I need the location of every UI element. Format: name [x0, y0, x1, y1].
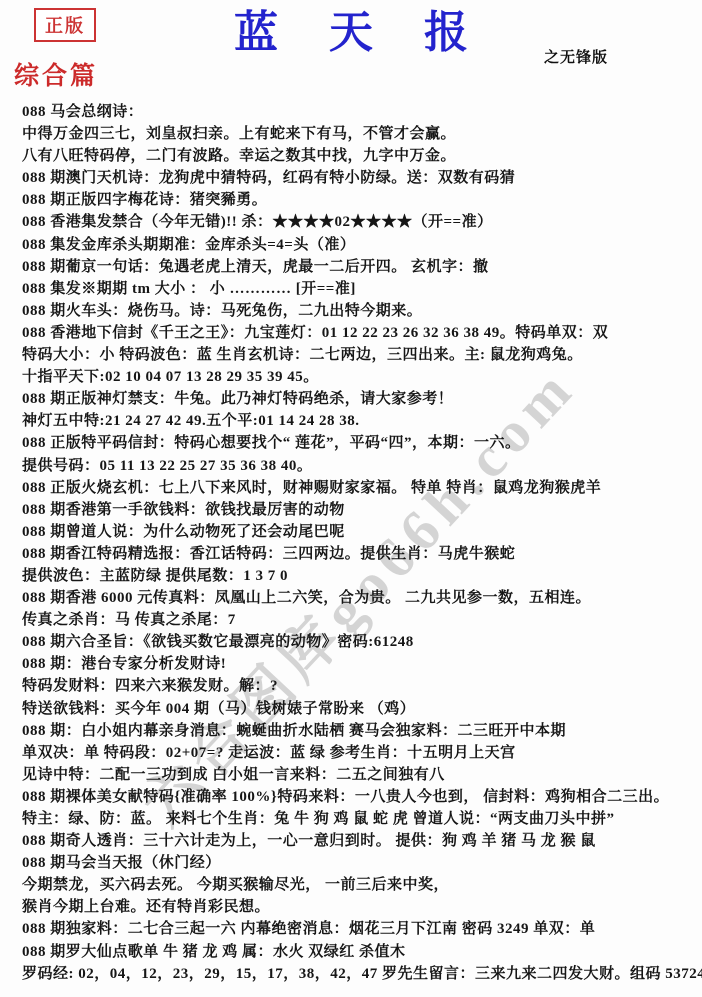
report-line: 神灯五中特:21 24 27 42 49.五个平:01 14 24 28 38.: [22, 410, 700, 432]
report-line: 见诗中特：二配一三功到成 白小姐一言来料：二五之间独有八: [22, 764, 700, 786]
report-line: 猴肖今期上台难。还有特肖彩民想。: [22, 896, 700, 918]
report-line: 088 期正版四字梅花诗：猪突豨勇。: [22, 189, 700, 211]
report-line: 提供号码：05 11 13 22 25 27 35 36 38 40。: [22, 455, 700, 477]
report-line: 088 期香港 6000 元传真料：凤凰山上二六笑，合为贵。 二九共见参一数，五…: [22, 587, 700, 609]
report-line: 088 期：港台专家分析发财诗!: [22, 653, 700, 675]
report-line: 八有八旺特码停，二门有波路。幸运之数其中找，九字中万金。: [22, 145, 700, 167]
report-line: 今期禁龙，买六码去死。 今期买猴输尽光， 一前三后来中奖，: [22, 874, 700, 896]
report-line: 特送欲钱料：买今年 004 期（马）钱树婊子常盼来 （鸡）: [22, 698, 700, 720]
report-line: 传真之杀肖：马 传真之杀尾：7: [22, 609, 700, 631]
report-line: 088 期澳门天机诗：龙狗虎中猜特码，红码有特小防绿。送：双数有码猜: [22, 167, 700, 189]
report-line: 088 正版特平码信封：特码心想要找个“ 莲花”，平码“四”，本期：一六。: [22, 432, 700, 454]
report-line: 088 期火车头：烧伤马。诗：马死兔伤，二九出特今期来。: [22, 300, 700, 322]
report-line: 单双决：单 特码段：02+07=? 走运波：蓝 绿 参考生肖：十五明月上天宫: [22, 742, 700, 764]
report-line: 088 期正版神灯禁支：牛兔。此乃神灯特码绝杀，请大家参考！: [22, 388, 700, 410]
report-line: 十指平天下:02 10 04 07 13 28 29 35 39 45。: [22, 366, 700, 388]
report-line: 088 期马会当天报（休门经）: [22, 852, 700, 874]
report-line: 088 期裸体美女献特码{准确率 100%}特码来料：一八贵人今也到， 信封料：…: [22, 786, 700, 808]
report-line: 088 马会总纲诗：: [22, 101, 700, 123]
report-line: 提供波色：主蓝防绿 提供尾数：1 3 7 0: [22, 565, 700, 587]
report-line: 中得万金四三七，刘皇叔扫亲。上有蛇来下有马，不管才会赢。: [22, 123, 700, 145]
report-line: 特主：绿、防：蓝。 来料七个生肖：兔 牛 狗 鸡 鼠 蛇 虎 曾道人说：“两支曲…: [22, 808, 700, 830]
report-line: 088 正版火烧玄机：七上八下来风时，财神赐财家家福。 特单 特肖：鼠鸡龙狗猴虎…: [22, 477, 700, 499]
report-line: 特码大小：小 特码波色：蓝 生肖玄机诗：二七两边，三四出来。主: 鼠龙狗鸡兔。: [22, 344, 700, 366]
report-line: 088 集发金库杀头期期准：金库杀头=4=头（准）: [22, 234, 700, 256]
report-line: 罗码经: 02，04，12，23，29，15，17，38，42，47 罗先生留言…: [22, 963, 700, 985]
newspaper-page: 正版 蓝 天 报 之无锋版 综合篇 六合图库go66h.com 088 马会总纲…: [0, 0, 702, 997]
report-line: 088 香港地下信封《千王之王》：九宝莲灯：01 12 22 23 26 32 …: [22, 322, 700, 344]
report-line: 088 期曾道人说：为什么动物死了还会动尾巴呢: [22, 521, 700, 543]
report-line: 088 期独家料：二七合三起一六 内幕绝密消息：烟花三月下江南 密码 3249 …: [22, 918, 700, 940]
report-line: 088 期葡京一句话：兔遇老虎上清天，虎最一二后开四。 玄机字：撤: [22, 256, 700, 278]
report-line: 088 期奇人透肖：三十六计走为上，一心一意归到时。 提供：狗 鸡 羊 猪 马 …: [22, 830, 700, 852]
report-line: 088 期香江特码精选报：香江话特码：三四两边。提供生肖：马虎牛猴蛇: [22, 543, 700, 565]
report-line: 特码发财料：四来六来猴发财。解：?: [22, 675, 700, 697]
report-line: 088 期：白小姐内幕亲身消息：蜿蜒曲折水陆栖 赛马会独家料：二三旺开中本期: [22, 720, 700, 742]
report-line: 088 期罗大仙点歌单 牛 猪 龙 鸡 属：水火 双绿红 杀值木: [22, 941, 700, 963]
edition-label: 之无锋版: [544, 46, 608, 67]
section-heading: 综合篇: [14, 56, 98, 92]
report-line: 088 期香港第一手欲钱料：欲钱找最厉害的动物: [22, 499, 700, 521]
report-line: 088 香港集发禁合（今年无错)!! 杀：★★★★02★★★★（开==准）: [22, 211, 700, 233]
report-lines: 088 马会总纲诗：中得万金四三七，刘皇叔扫亲。上有蛇来下有马，不管才会赢。八有…: [22, 101, 700, 985]
report-line: 088 集发※期期 tm 大小 ： 小 ………… [开==准]: [22, 278, 700, 300]
report-line: 088 期六合圣旨：《欲钱买数它最漂亮的动物》密码:61248: [22, 631, 700, 653]
